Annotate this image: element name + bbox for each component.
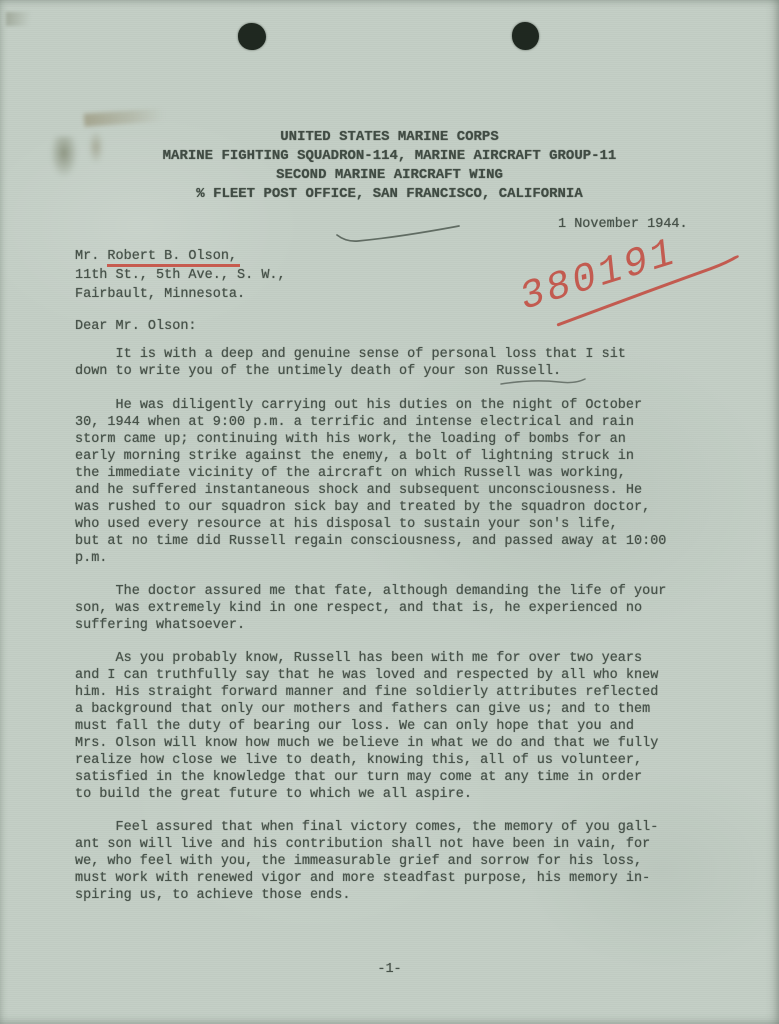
letter-page: UNITED STATES MARINE CORPS MARINE FIGHTI… [0, 0, 779, 1024]
recipient-line-3: Fairbault, Minnesota. [75, 285, 286, 304]
paragraph-3: The doctor assured me that fate, althoug… [75, 583, 735, 634]
smudge-mark [6, 12, 40, 26]
smudge-mark [84, 108, 165, 127]
paragraph-4: As you probably know, Russell has been w… [75, 650, 735, 803]
recipient-name: Robert B. Olson, [107, 249, 240, 267]
hole-punch-left [238, 23, 266, 50]
paragraph-5: Feel assured that when final victory com… [75, 819, 735, 904]
hole-punch-right [512, 22, 539, 50]
page-number: -1- [0, 962, 779, 977]
recipient-line-1: Mr. Robert B. Olson, [75, 247, 286, 266]
pencil-check-mark-icon [333, 221, 463, 243]
letterhead: UNITED STATES MARINE CORPS MARINE FIGHTI… [0, 128, 779, 204]
red-serial-number: 380191 [516, 223, 724, 335]
recipient-address-block: Mr. Robert B. Olson, 11th St., 5th Ave.,… [75, 247, 286, 304]
paragraph-2: He was diligently carrying out his dutie… [75, 397, 735, 567]
pencil-underline-icon [499, 376, 587, 388]
salutation: Dear Mr. Olson: [75, 318, 197, 335]
recipient-line-2: 11th St., 5th Ave., S. W., [75, 266, 286, 285]
recipient-prefix: Mr. [75, 249, 107, 264]
paragraph-1: It is with a deep and genuine sense of p… [75, 346, 735, 380]
